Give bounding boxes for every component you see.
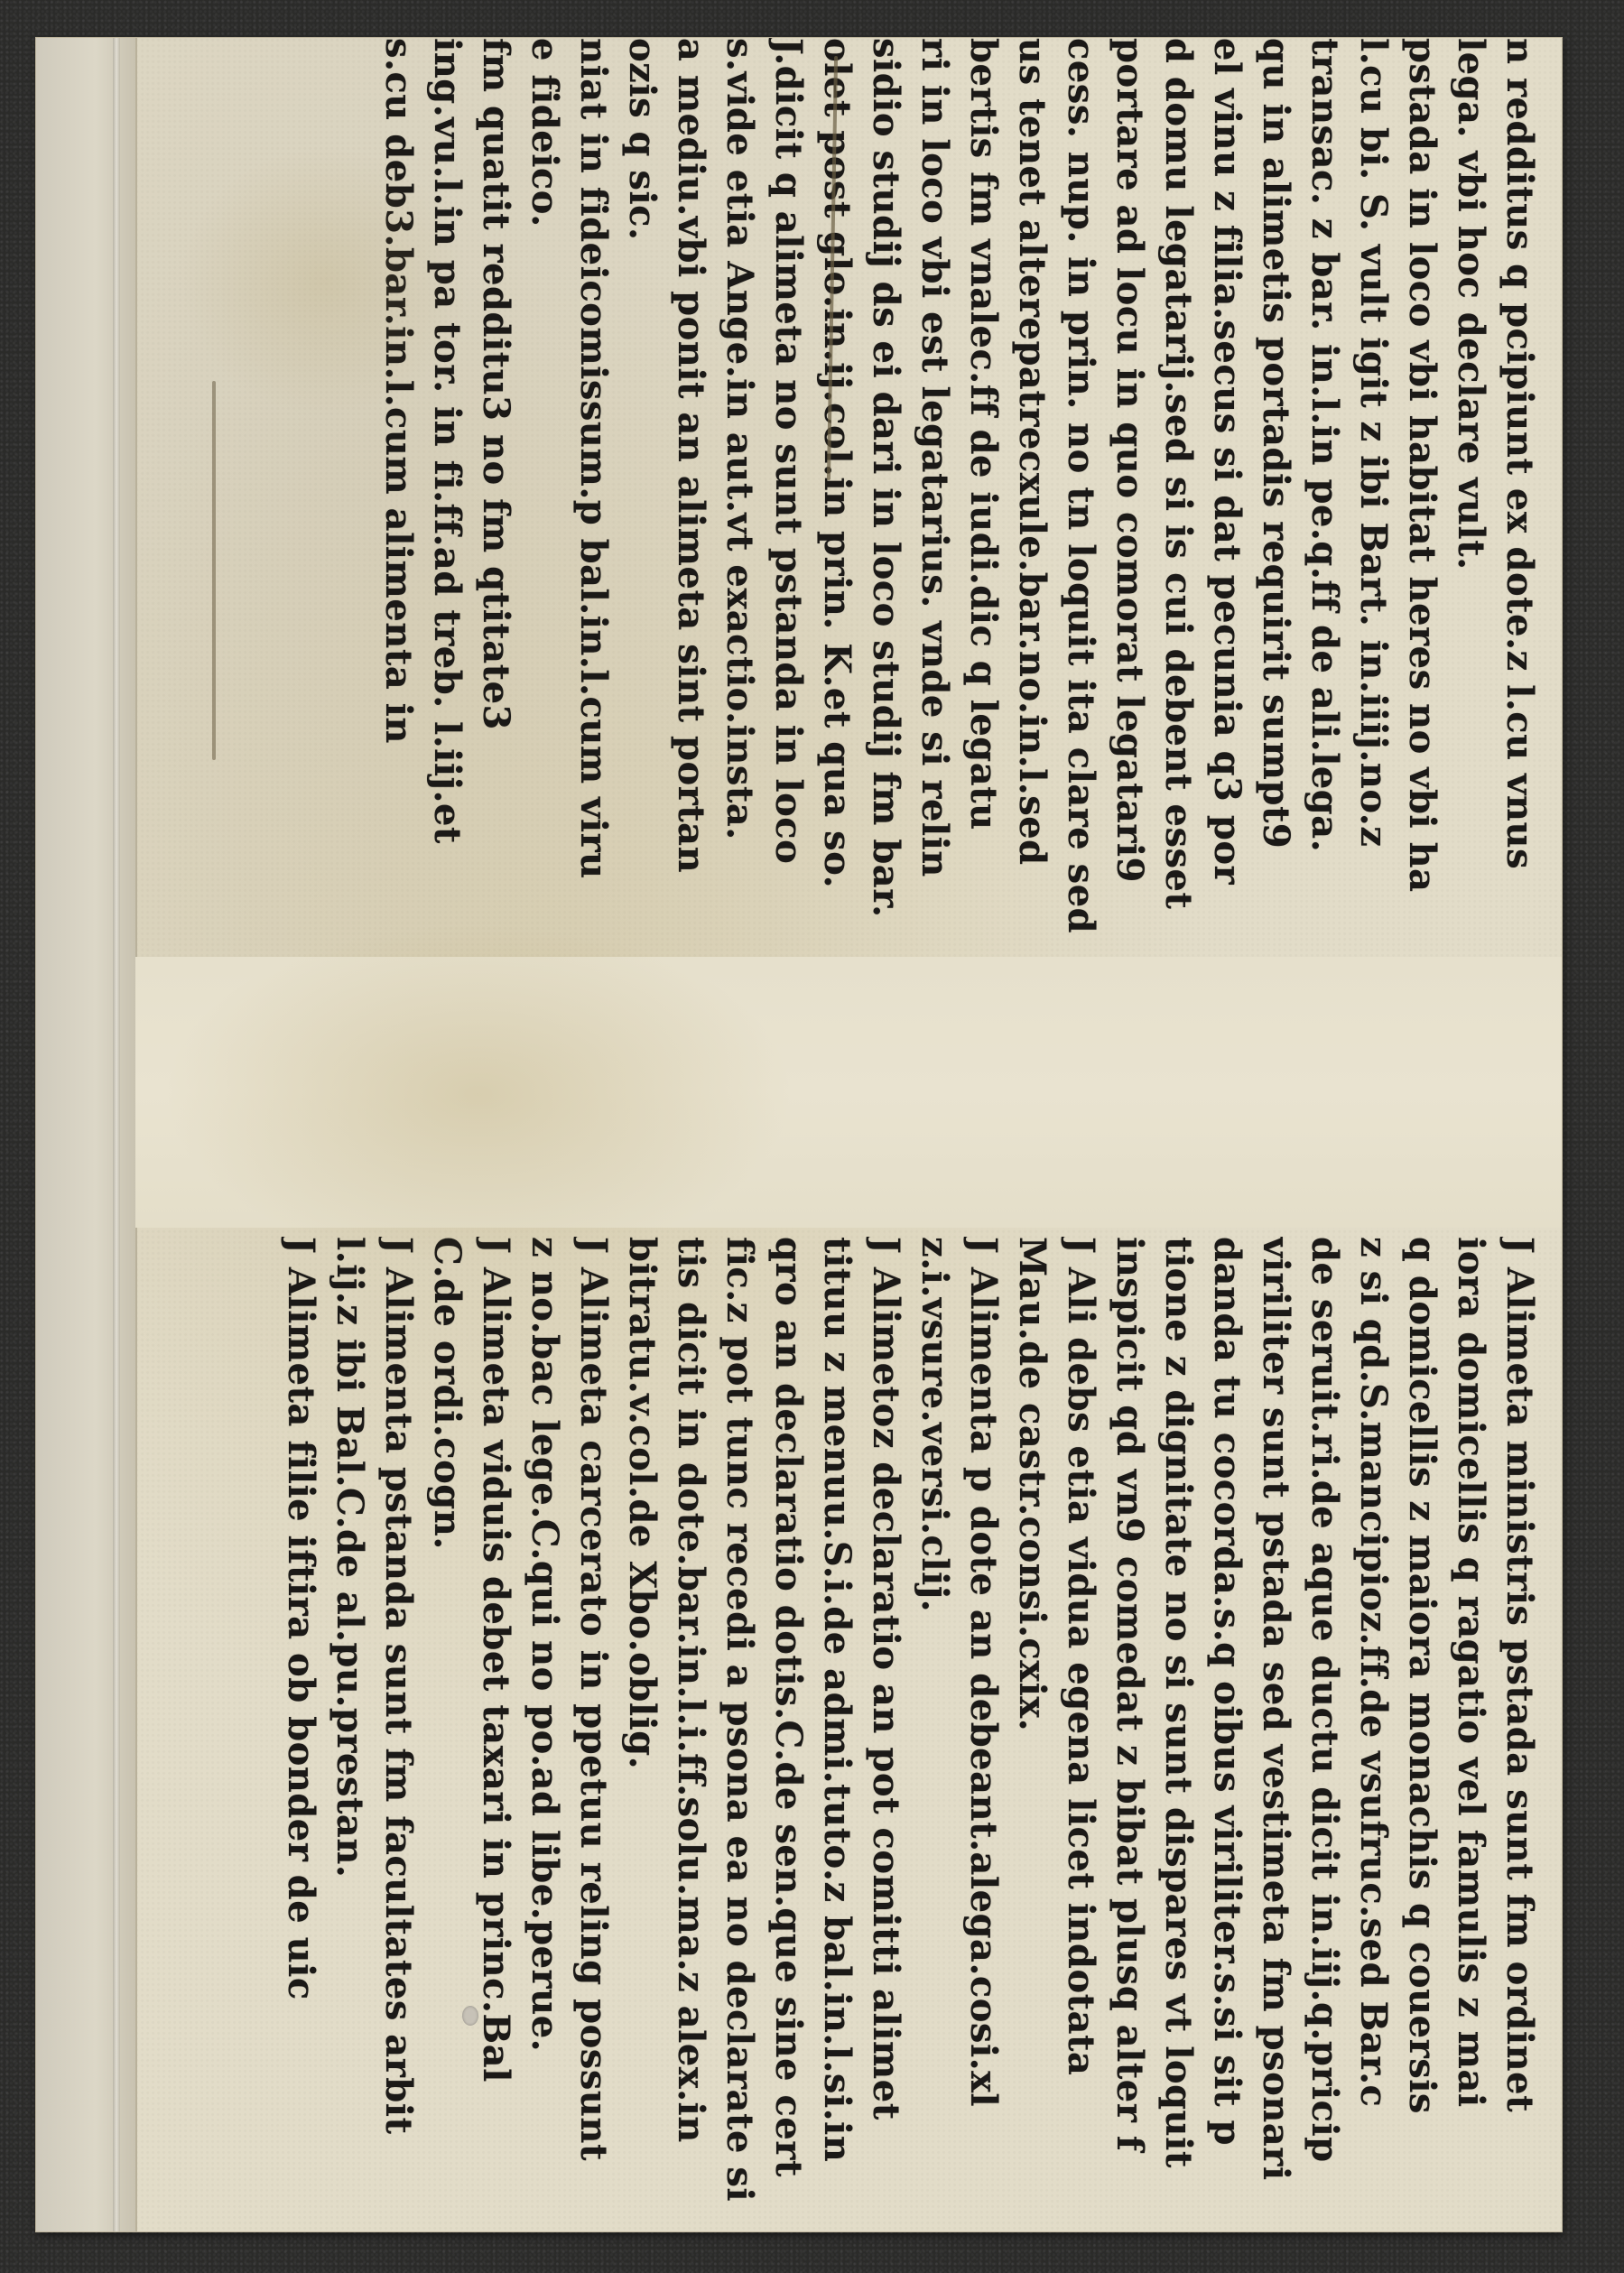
book-cover: n redditus q pcipiunt ex dote.z l.cu vnu… [36,38,1562,2231]
printed-text-line: pstada in loco vbi habitat heres no vbi … [1397,38,1446,950]
printed-text-line: niat in fideicomissum.p bal.in.l.cum vir… [569,38,617,950]
printed-text-line: danda tu cocorda.s.q oibus viriliter.s.s… [1202,1237,1251,2231]
printed-text-line: ri in loco vbi est legatarius. vnde si r… [910,38,959,950]
printed-text-line: C.de ordi.cogn. [422,1237,471,2231]
printed-text-line: q domicellis z maiora monachis q couersi… [1397,1237,1446,2231]
printed-text-line: Mau.de castr.consi.cxix. [1007,1237,1056,2231]
spine-fold-crease [113,38,120,2231]
printed-text-line: ing.vu.l.in pa tor. in fi.ff.ad treb. l.… [422,38,471,950]
printed-text-line: d domu legatarij.sed si is cui debent es… [1154,38,1202,950]
printed-text-block-bottom: J Alimeta ministris pstada sunt fm ordin… [276,1237,1544,2231]
printed-text-line: portare ad locu in quo comorat legatari9 [1105,38,1154,950]
printed-text-line: l.cu bi. S. vult igit z ibi Bart. in.iii… [1349,38,1397,950]
printed-text-line: J Alimenta pstanda sunt fm facultates ar… [374,1237,422,2231]
printed-text-line: de seruit.ri.de aque ductu dicit in.iij.… [1300,1237,1349,2231]
printed-text-line: J Alimeta carcerato in ppetuu reling pos… [569,1237,617,2231]
printed-text-line: l.ij.z ibi Bal.C.de al.pu.prestan. [325,1237,374,2231]
printed-text-line: viriliter sunt pstada sed vestimeta fm p… [1251,1237,1300,2231]
printed-text-line: J.dicit q alimeta no sunt pstanda in loc… [764,38,812,950]
printed-text-line: n redditus q pcipiunt ex dote.z l.cu vnu… [1495,38,1544,950]
printed-text-line: z si qd.S.mancipioz.ff.de vsufruc.sed Ba… [1349,1237,1397,2231]
printed-text-line: bertis fm vnalec.ff de iudi.dic q legatu [959,38,1007,950]
printed-text-line: us tenet alterepatrecxule.bar.no.in.l.se… [1007,38,1056,950]
printed-text-line: qro an declaratio dotis.C.de sen.que sin… [764,1237,812,2231]
printed-text-line: olet post glo.in.ij.col.in prin. K.et qu… [812,38,861,950]
printed-text-line: J Alimeta ministris pstada sunt fm ordin… [1495,1237,1544,2231]
printed-text-line: z.i.vsure.versi.clij. [910,1237,959,2231]
book-spine [36,38,137,2231]
printed-text-line: transac. z bar. in.l.in pe.q.ff de ali.l… [1300,38,1349,950]
paper-crease [212,381,216,760]
printed-text-line: J Alimenta p dote an debeant.alega.cosi.… [959,1237,1007,2231]
water-stain [181,146,469,417]
printed-text-line: iora domicellis q ragatio vel famulis z … [1446,1237,1495,2231]
printed-text-line: tione z dignitate no si sunt dispares vt… [1154,1237,1202,2231]
printed-text-block-top: n redditus q pcipiunt ex dote.z l.cu vnu… [374,38,1544,950]
printed-text-line: el vinu z filia.secus si dat pecunia q3 … [1202,38,1251,950]
printed-text-line: sidio studij ds ei dari in loco studij f… [861,38,910,950]
printed-text-line: a mediu.vbi ponit an alimeta sint portan [666,38,715,950]
printed-text-line: fm quatit redditu3 no fm qtitate3 [471,38,520,950]
printed-text-line: z no.bac lege.C.qui no po.ad libe.perue. [520,1237,569,2231]
water-stain [162,923,794,1266]
printed-text-line: tis dicit in dote.bar.in.l.i.ff.solu.ma.… [666,1237,715,2231]
printed-text-line: bitratu.v.col.de Xbo.oblig. [617,1237,666,2231]
printed-text-line: lega. vbi hoc declare vult. [1446,38,1495,950]
printed-text-line: qu in alimetis portadis requirit sumpt9 [1251,38,1300,950]
pin-hole [462,2006,478,2026]
printed-text-line: J Alimeta viduis debet taxari in princ.B… [471,1237,520,2231]
printed-text-line: J Alimetoz declaratio an pot comitti ali… [861,1237,910,2231]
printed-text-line: tituu z menuu.S.i.de admi.tuto.z bal.in.… [812,1237,861,2231]
printed-text-line: cess. nup. in prin. no tn loquit ita cla… [1056,38,1105,950]
printed-text-line: fic.z pot tunc recedi a psona ea no decl… [715,1237,764,2231]
printed-text-line: inspicit qd vn9 comedat z bibat plusq al… [1105,1237,1154,2231]
printed-text-line: e fideico. [520,38,569,950]
printed-text-line: J Ali debs etia vidua egena licet indota… [1056,1237,1105,2231]
printed-text-line: ozis q sic. [617,38,666,950]
printed-text-line: s.vide etia Ange.in aut.vt exactio.insta… [715,38,764,950]
printed-text-line: J Alimeta filie iftira ob bonder de uic [276,1237,325,2231]
